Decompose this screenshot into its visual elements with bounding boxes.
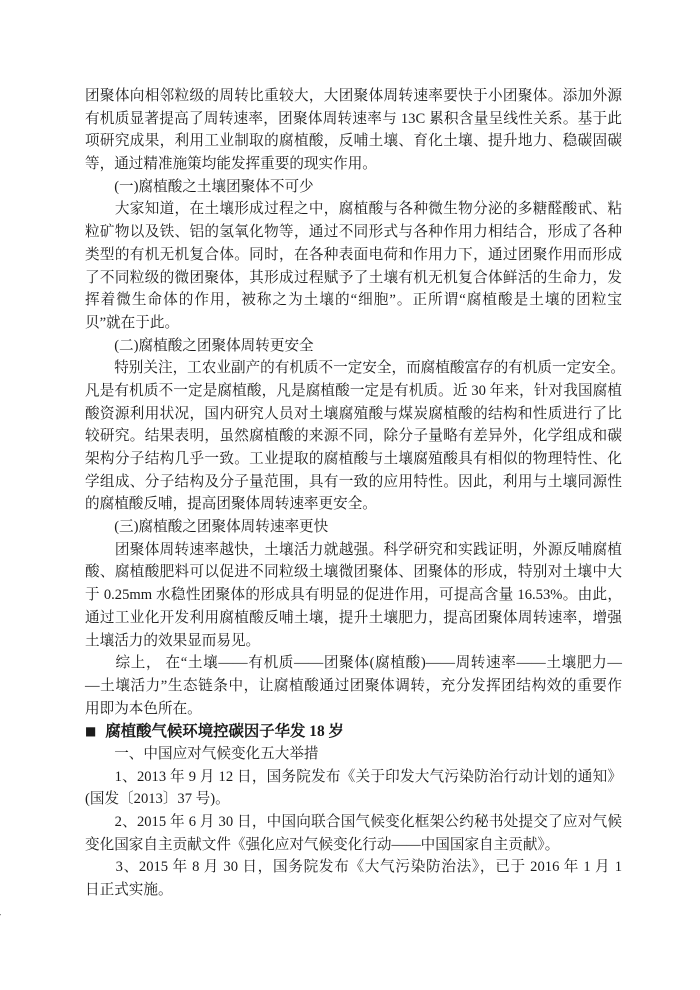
- paragraph-line: 大家知道，在土壤形成过程之中，腐植酸与各种微生物分泌的多糖醛酸甙、粘: [85, 198, 622, 221]
- paragraph-line: 类型的有机无机复合体。同时，在各种表面电荷和作用力下，通过团聚作用而形成: [85, 244, 622, 267]
- paragraph-line: 综上， 在“土壤——有机质——团聚体(腐植酸)——周转速率——土壤肥力—: [85, 652, 622, 675]
- paragraph-line: 有机质显著提高了周转速率，团聚体周转速率与 13C 累积含量呈线性关系。基于此: [85, 108, 622, 131]
- paragraph-line: (国发〔2013〕37 号)。: [85, 788, 622, 811]
- paragraph-line: 1、2013 年 9 月 12 日，国务院发布《关于印发大气污染防治行动计划的通…: [85, 766, 622, 789]
- section-heading: (二)腐植酸之团聚体周转更安全: [85, 335, 622, 358]
- paragraph-line: 贝”就在于此。: [85, 312, 622, 335]
- paragraph-line: 变化国家自主贡献文件《强化应对气候变化行动——中国国家自主贡献》。: [85, 834, 622, 857]
- paragraph-line: 土壤活力的效果显而易见。: [85, 630, 622, 653]
- section-heading: (一)腐植酸之土壤团聚体不可少: [85, 176, 622, 199]
- paragraph-line: —土壤活力”生态链条中，让腐植酸通过团聚体调转，充分发挥团结构效的重要作: [85, 675, 622, 698]
- paragraph-line: 粒矿物以及铁、铝的氢氧化物等，通过不同形式与各种作用力相结合，形成了各种: [85, 221, 622, 244]
- paragraph-line: 团聚体向相邻粒级的周转比重较大，大团聚体周转速率要快于小团聚体。添加外源: [85, 85, 622, 108]
- paragraph-line: 项研究成果，利用工业制取的腐植酸，反哺土壤、育化土壤、提升地力、稳碳固碳: [85, 130, 622, 153]
- paragraph-line: 学组成、分子结构及分子量范围，具有一致的应用特性。因此，利用与土壤同源性: [85, 471, 622, 494]
- article-title: ■腐植酸气候环境控碳因子华发 18 岁: [85, 720, 622, 743]
- section-heading: 一、中国应对气候变化五大举措: [85, 743, 622, 766]
- paragraph-line: 挥着微生命体的作用，被称之为土壤的“细胞”。正所谓“腐植酸是土壤的团粒宝: [85, 289, 622, 312]
- paragraph-line: 2、2015 年 6 月 30 日，中国向联合国气候变化框架公约秘书处提交了应对…: [85, 811, 622, 834]
- paragraph-line: 用即为本色所在。: [85, 698, 622, 721]
- paragraph-line: 了不同粒级的微团聚体，其形成过程赋予了土壤有机无机复合体鲜活的生命力，发: [85, 267, 622, 290]
- square-bullet-icon: ■: [85, 724, 96, 738]
- paragraph-line: 特别关注，工农业副产的有机质不一定安全，而腐植酸富存的有机质一定安全。: [85, 357, 622, 380]
- article-title-text: 腐植酸气候环境控碳因子华发 18 岁: [105, 723, 344, 740]
- paragraph-line: 酸、腐植酸肥料可以促进不同粒级土壤微团聚体、团聚体的形成，特别对土壤中大: [85, 561, 622, 584]
- paragraph-line: 日正式实施。: [85, 879, 622, 902]
- paragraph-line: 3、2015 年 8 月 30 日，国务院发布《大气污染防治法》，已于 2016…: [85, 856, 622, 879]
- section-heading: (三)腐植酸之团聚体周转速率更快: [85, 516, 622, 539]
- paragraph-line: 团聚体周转速率越快，土壤活力就越强。科学研究和实践证明，外源反哺腐植: [85, 539, 622, 562]
- paragraph-line: 于 0.25mm 水稳性团聚体的形成具有明显的促进作用，可提高含量 16.53%…: [85, 584, 622, 607]
- paragraph-line: 凡是有机质不一定是腐植酸，凡是腐植酸一定是有机质。近 30 年来，针对我国腐植: [85, 380, 622, 403]
- document-page: 团聚体向相邻粒级的周转比重较大，大团聚体周转速率要快于小团聚体。添加外源有机质显…: [0, 0, 700, 990]
- page-number: 7: [0, 912, 1, 928]
- paragraph-line: 较研究。结果表明，虽然腐植酸的来源不同，除分子量略有差异外，化学组成和碳: [85, 425, 622, 448]
- document-body: 团聚体向相邻粒级的周转比重较大，大团聚体周转速率要快于小团聚体。添加外源有机质显…: [85, 85, 622, 902]
- paragraph-line: 等，通过精准施策均能发挥重要的现实作用。: [85, 153, 622, 176]
- paragraph-line: 酸资源利用状况，国内研究人员对土壤腐殖酸与煤炭腐植酸的结构和性质进行了比: [85, 403, 622, 426]
- paragraph-line: 架构分子结构几乎一致。工业提取的腐植酸与土壤腐殖酸具有相似的物理特性、化: [85, 448, 622, 471]
- paragraph-line: 的腐植酸反哺，提高团聚体周转速率更安全。: [85, 493, 622, 516]
- paragraph-line: 通过工业化开发利用腐植酸反哺土壤，提升土壤肥力，提高团聚体周转速率，增强: [85, 607, 622, 630]
